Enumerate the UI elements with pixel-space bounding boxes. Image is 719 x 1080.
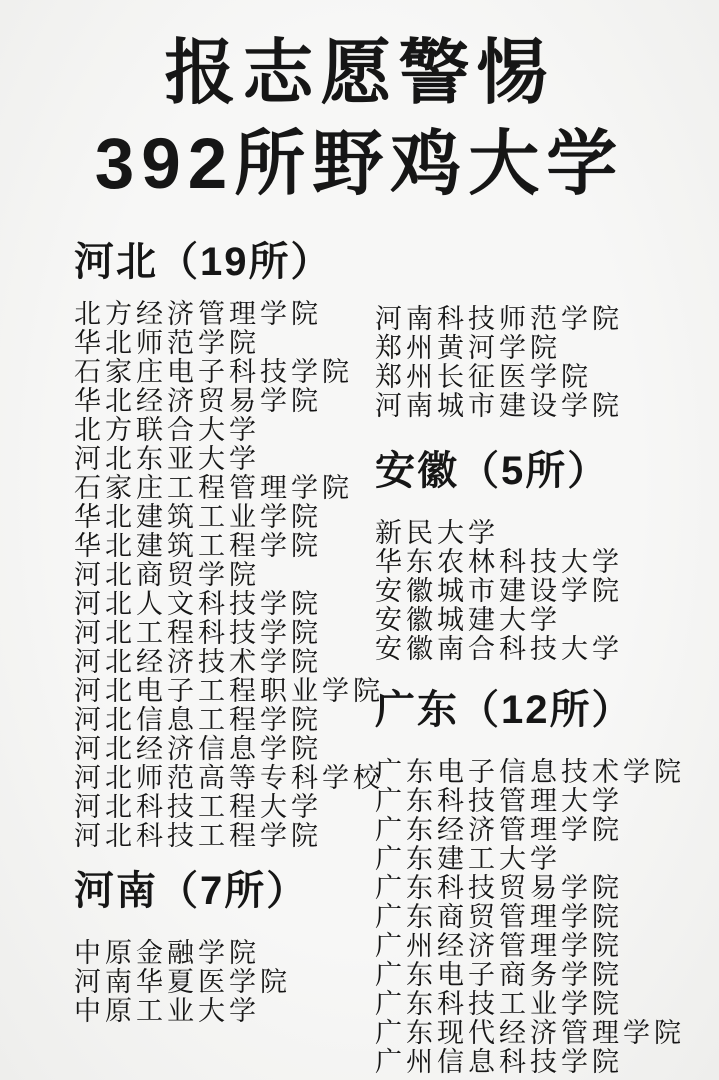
school-list-item: 华北建筑工业学院 (74, 503, 374, 532)
school-list-hebei: 北方经济管理学院华北师范学院石家庄电子科技学院华北经济贸易学院北方联合大学河北东… (74, 300, 374, 851)
poster: 报志愿警惕 392所野鸡大学 河北（19所） 北方经济管理学院华北师范学院石家庄… (0, 0, 719, 1080)
school-list-item: 新民大学 (375, 519, 710, 548)
school-list-item: 河北经济技术学院 (74, 648, 374, 677)
school-list-item: 河北人文科技学院 (74, 590, 374, 619)
school-list-item: 广东电子商务学院 (375, 961, 710, 990)
school-list-item: 河南城市建设学院 (375, 392, 710, 421)
school-list-item: 华北经济贸易学院 (74, 387, 374, 416)
school-list-item: 河北东亚大学 (74, 445, 374, 474)
school-list-item: 河北经济信息学院 (74, 735, 374, 764)
school-list-item: 广东电子信息技术学院 (375, 758, 710, 787)
school-list-item: 广东经济管理学院 (375, 816, 710, 845)
school-list-guangdong: 广东电子信息技术学院广东科技管理大学广东经济管理学院广东建工大学广东科技贸易学院… (375, 758, 710, 1077)
school-list-item: 河北科技工程大学 (74, 793, 374, 822)
school-list-item: 广东科技工业学院 (375, 990, 710, 1019)
school-list-item: 中原金融学院 (74, 939, 374, 968)
title-line-2: 392所野鸡大学 (0, 119, 719, 210)
school-list-item: 广州经济管理学院 (375, 932, 710, 961)
school-list-item: 石家庄工程管理学院 (74, 474, 374, 503)
school-list-item: 河南科技师范学院 (375, 305, 710, 334)
school-list-henan-part1: 中原金融学院河南华夏医学院中原工业大学 (74, 939, 374, 1026)
column-left: 河北（19所） 北方经济管理学院华北师范学院石家庄电子科技学院华北经济贸易学院北… (74, 238, 374, 1026)
school-list-item: 广东科技管理大学 (375, 787, 710, 816)
school-list-item: 郑州长征医学院 (375, 363, 710, 392)
school-list-item: 广州信息科技学院 (375, 1048, 710, 1077)
school-list-item: 华东农林科技大学 (375, 548, 710, 577)
school-list-item: 郑州黄河学院 (375, 334, 710, 363)
school-list-item: 河北商贸学院 (74, 561, 374, 590)
school-list-item: 河北工程科技学院 (74, 619, 374, 648)
section-heading-anhui: 安徽（5所） (375, 447, 710, 495)
school-list-item: 中原工业大学 (74, 997, 374, 1026)
section-heading-hebei: 河北（19所） (74, 238, 374, 286)
school-list-item: 河北科技工程学院 (74, 822, 374, 851)
school-list-item: 河北信息工程学院 (74, 706, 374, 735)
school-list-item: 河南华夏医学院 (74, 968, 374, 997)
school-list-item: 石家庄电子科技学院 (74, 358, 374, 387)
school-list-henan-part2: 河南科技师范学院郑州黄河学院郑州长征医学院河南城市建设学院 (375, 305, 710, 421)
column-right: 河南科技师范学院郑州黄河学院郑州长征医学院河南城市建设学院 安徽（5所） 新民大… (375, 305, 710, 1077)
school-list-item: 北方联合大学 (74, 416, 374, 445)
school-list-item: 河北师范高等专科学校 (74, 764, 374, 793)
school-list-item: 华北师范学院 (74, 329, 374, 358)
school-list-item: 华北建筑工程学院 (74, 532, 374, 561)
school-list-anhui: 新民大学华东农林科技大学安徽城市建设学院安徽城建大学安徽南合科技大学 (375, 519, 710, 664)
section-heading-guangdong: 广东（12所） (375, 686, 710, 734)
school-list-item: 广东现代经济管理学院 (375, 1019, 710, 1048)
school-list-item: 安徽城市建设学院 (375, 577, 710, 606)
school-list-item: 安徽城建大学 (375, 606, 710, 635)
school-list-item: 广东科技贸易学院 (375, 874, 710, 903)
poster-title: 报志愿警惕 392所野鸡大学 (0, 28, 719, 210)
school-list-item: 广东商贸管理学院 (375, 903, 710, 932)
school-list-item: 广东建工大学 (375, 845, 710, 874)
school-list-item: 北方经济管理学院 (74, 300, 374, 329)
section-heading-henan: 河南（7所） (74, 867, 374, 915)
school-list-item: 安徽南合科技大学 (375, 635, 710, 664)
school-list-item: 河北电子工程职业学院 (74, 677, 374, 706)
title-line-1: 报志愿警惕 (0, 28, 719, 119)
